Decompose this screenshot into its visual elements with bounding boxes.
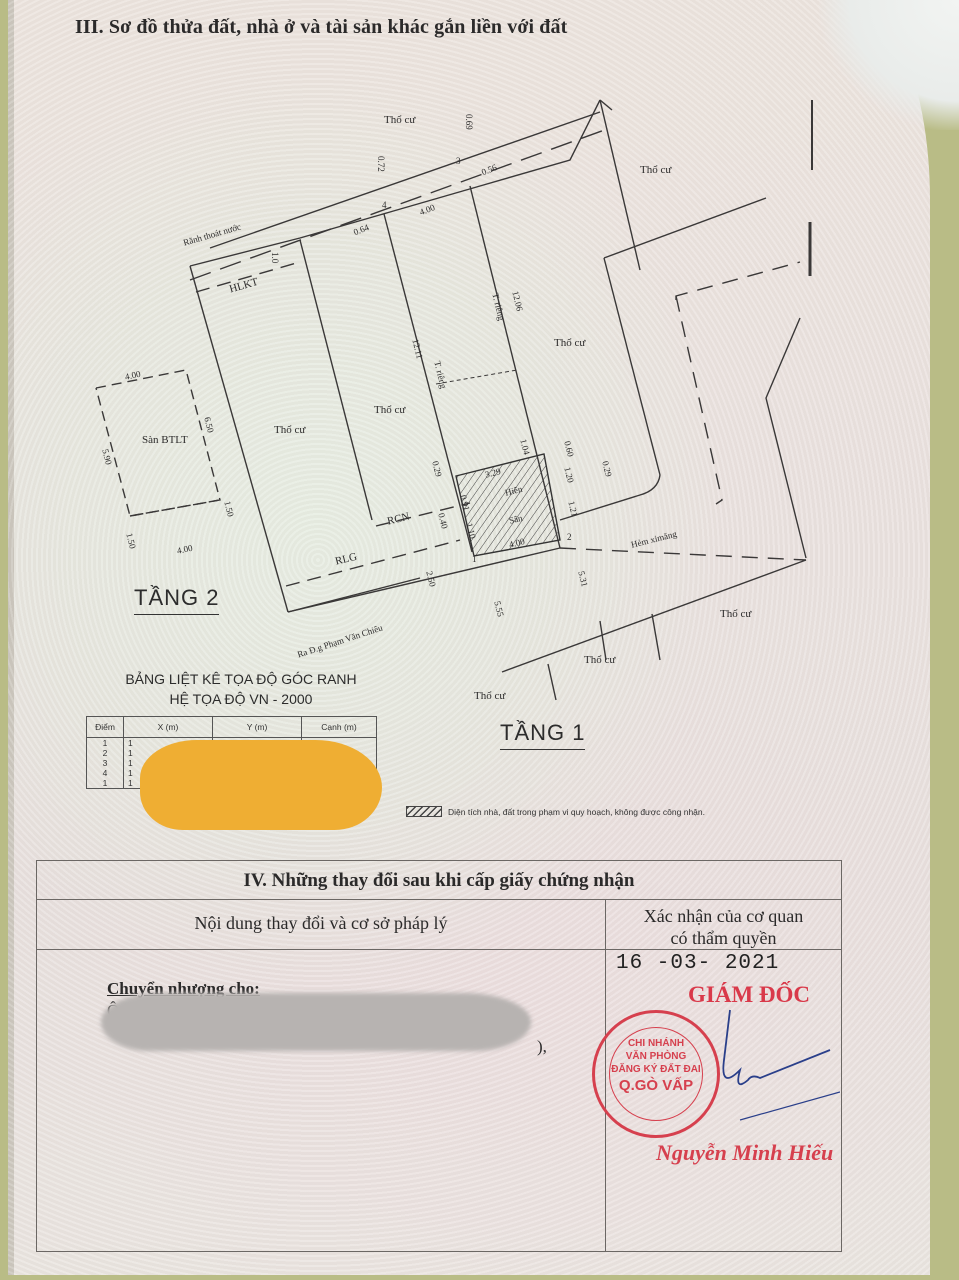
dim-0-72: 0.72 (376, 156, 386, 172)
redaction-grey (101, 993, 531, 1051)
col-edge: Cạnh (m) (302, 717, 377, 738)
coord-system-title: HỆ TỌA ĐỘ VN - 2000 (96, 690, 386, 708)
label-san-btlt: Sàn BTLT (142, 434, 188, 446)
section4-title: IV. Những thay đổi sau khi cấp giấy chứn… (37, 861, 841, 900)
floor-1-label: TẦNG 1 (500, 720, 585, 746)
point-3: 3 (456, 156, 461, 166)
label-tho-cu-top: Thổ cư (384, 114, 415, 126)
hatch-swatch-icon (406, 806, 442, 817)
point-2: 2 (567, 532, 572, 542)
label-tho-cu-right: Thổ cư (554, 337, 585, 349)
stamp-line-4: Q.GÒ VẤP (595, 1076, 717, 1096)
stamp-line-1: CHI NHÁNH (595, 1037, 717, 1050)
label-tho-cu-top-right: Thổ cư (640, 164, 671, 176)
line-tail: ), (537, 1037, 547, 1057)
floor-2-label: TẦNG 2 (134, 585, 219, 611)
label-tho-cu-lower: Thổ cư (584, 654, 615, 666)
point-1: 1 (472, 554, 477, 564)
redaction-yellow (140, 740, 382, 830)
point-4: 4 (382, 200, 387, 210)
dim-1-0: 1.0 (270, 252, 280, 263)
col-point: Điểm (87, 717, 124, 738)
dim-0-69: 0.69 (464, 114, 474, 130)
col-y: Y (m) (213, 717, 302, 738)
col-x: X (m) (124, 717, 213, 738)
stamp-line-2: VĂN PHÒNG (595, 1050, 717, 1063)
label-tho-cu-bottom: Thổ cư (474, 690, 505, 702)
authority-column-header: Xác nhận của cơ quancó thẩm quyền (605, 899, 841, 950)
signer-name: Nguyễn Minh Hiếu (656, 1140, 833, 1166)
legend-text: Diện tích nhà, đất trong phạm vi quy hoạ… (448, 807, 705, 817)
label-tho-cu-middle: Thổ cư (374, 404, 405, 416)
signature-icon (700, 1000, 840, 1130)
coord-table-title: BẢNG LIỆT KÊ TỌA ĐỘ GÓC RANH (96, 670, 386, 688)
legend: Diện tích nhà, đất trong phạm vi quy hoạ… (406, 806, 705, 817)
label-tho-cu-left: Thổ cư (274, 424, 305, 436)
stamp-line-3: ĐĂNG KÝ ĐẤT ĐAI (595, 1063, 717, 1076)
confirmation-date: 16 -03- 2021 (616, 952, 779, 975)
label-tho-cu-lower-right: Thổ cư (720, 608, 751, 620)
changes-column-header: Nội dung thay đổi và cơ sở pháp lý (37, 899, 605, 950)
